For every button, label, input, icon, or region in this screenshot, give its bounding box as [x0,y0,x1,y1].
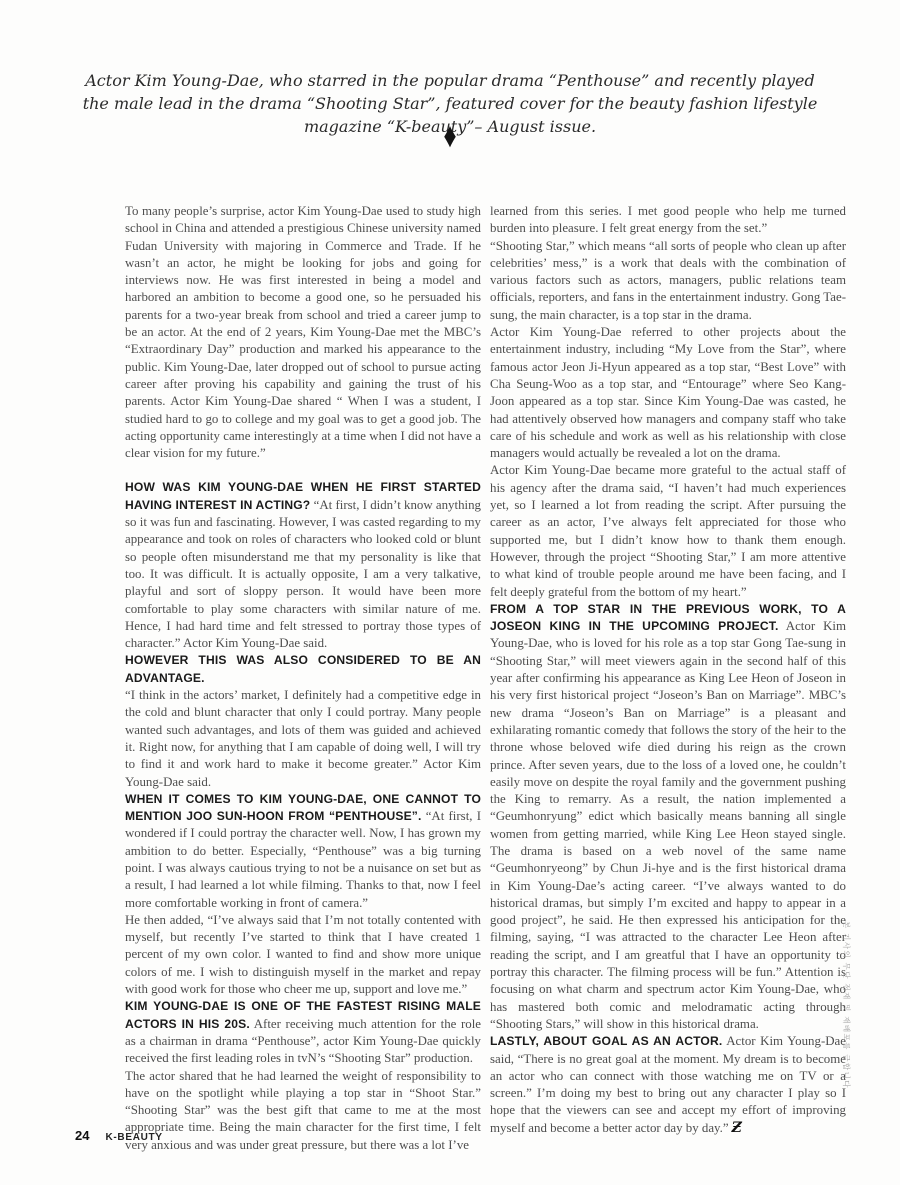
body-text: Actor Kim Young-Dae referred to other pr… [490,325,846,460]
section-heading: LASTLY, ABOUT GOAL AS AN ACTOR. [490,1034,722,1048]
end-mark-glyph: Ƶ [729,1120,742,1136]
body-text: The actor shared that he had learned the… [125,1069,481,1152]
body-text: “Shooting Star,” which means “all sorts … [490,239,846,322]
body-text: “At first, I wondered if I could portray… [125,809,481,909]
body-text: learned from this series. I met good peo… [490,204,846,235]
paragraph: HOWEVER THIS WAS ALSO CONSIDERED TO BE A… [125,652,481,790]
paragraph: “Shooting Star,” which means “all sorts … [490,238,846,324]
magazine-page: Actor Kim Young-Dae, who starred in the … [0,0,900,1185]
paragraph: The actor shared that he had learned the… [125,1068,481,1154]
paragraph: LASTLY, ABOUT GOAL AS AN ACTOR. Actor Ki… [490,1033,846,1137]
section-heading: HOWEVER THIS WAS ALSO CONSIDERED TO BE A… [125,652,481,687]
page-number: 24 [75,1128,89,1143]
body-text: Actor Kim Young-Dae said, “There is no g… [490,1034,846,1134]
body-text: “I think in the actors’ market, I defini… [125,688,481,788]
paragraph: WHEN IT COMES TO KIM YOUNG-DAE, ONE CANN… [125,791,481,912]
paragraph: KIM YOUNG-DAE IS ONE OF THE FASTEST RISI… [125,998,481,1067]
body-text: “At first, I didn’t know anything so it … [125,498,481,650]
article-body: To many people’s surprise, actor Kim You… [125,203,845,1154]
body-text: He then added, “I’ve always said that I’… [125,913,481,996]
paragraph: HOW WAS KIM YOUNG-DAE WHEN HE FIRST STAR… [125,479,481,652]
paragraph: He then added, “I’ve always said that I’… [125,912,481,998]
paragraph: To many people’s surprise, actor Kim You… [125,203,481,462]
diamond-ornament-icon: ♦ [0,121,900,151]
body-text: To many people’s surprise, actor Kim You… [125,204,481,460]
body-text: Actor Kim Young-Dae became more grateful… [490,463,846,598]
footer: 24K-BEAUTY [75,1127,163,1145]
paragraph: Actor Kim Young-Dae referred to other pr… [490,324,846,462]
paragraph: FROM A TOP STAR IN THE PREVIOUS WORK, TO… [490,601,846,1033]
paragraph: Actor Kim Young-Dae became more grateful… [490,462,846,600]
body-text: Actor Kim Young-Dae, who is loved for hi… [490,619,846,1031]
paragraph: learned from this series. I met good peo… [490,203,846,238]
right-column: learned from this series. I met good peo… [490,203,846,1154]
side-credit-vertical: 본 기사의 무단 전재 및 재배포를 금합니다 [841,921,852,1159]
magazine-name: K-BEAUTY [105,1132,162,1143]
left-column: To many people’s surprise, actor Kim You… [125,203,481,1154]
